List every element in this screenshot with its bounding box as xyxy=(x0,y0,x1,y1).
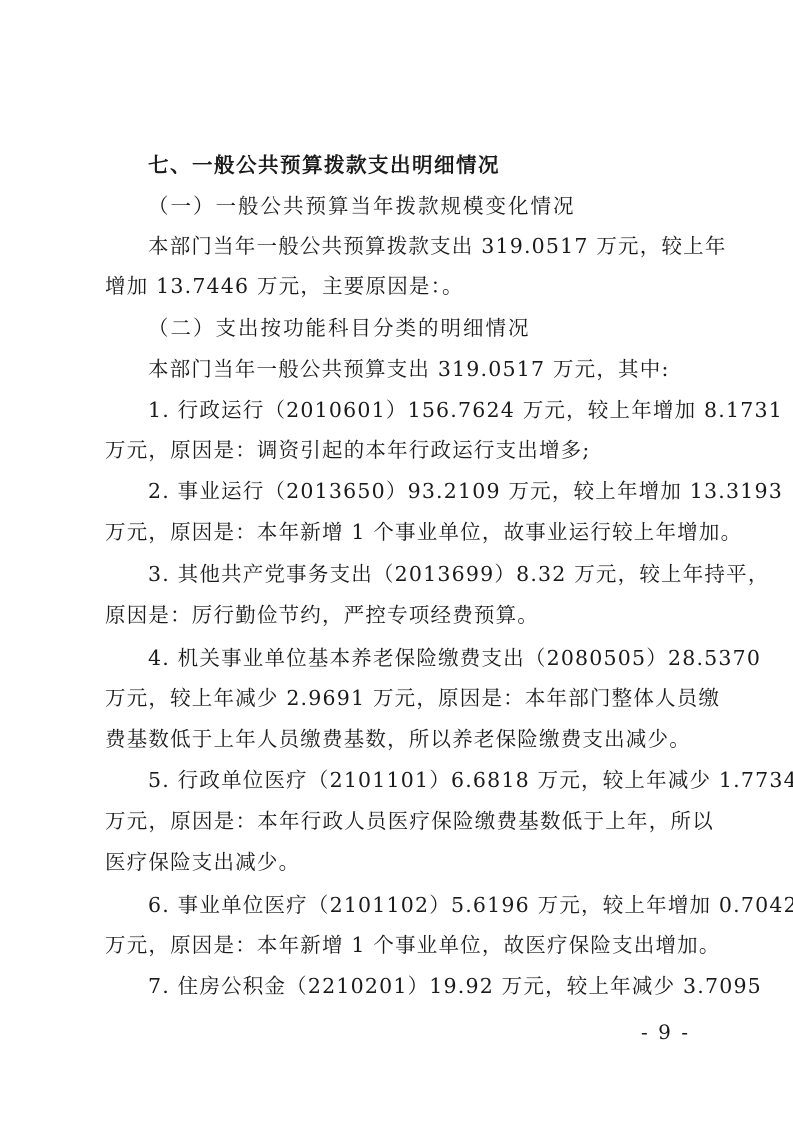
list-item-1-line: 1. 行政运行（2010601）156.7624 万元，较上年增加 8.1731 xyxy=(148,396,714,424)
list-item-5-line: 5. 行政单位医疗（2101101）6.6818 万元，较上年减少 1.7734 xyxy=(148,766,714,794)
list-item-4-line: 万元，较上年减少 2.9691 万元，原因是：本年部门整体人员缴 xyxy=(105,684,714,712)
list-item-5-line: 万元，原因是：本年行政人员医疗保险缴费基数低于上年，所以 xyxy=(105,807,714,835)
paragraph-line: 增加 13.7446 万元，主要原因是：。 xyxy=(105,272,464,300)
list-item-6-line: 万元，原因是：本年新增 1 个事业单位，故医疗保险支出增加。 xyxy=(105,931,714,959)
page-number: - 9 - xyxy=(641,1020,690,1044)
document-page: 七、一般公共预算拨款支出明细情况 （一）一般公共预算当年拨款规模变化情况 本部门… xyxy=(0,0,793,1122)
paragraph-line: 本部门当年一般公共预算拨款支出 319.0517 万元，较上年 xyxy=(148,232,714,260)
list-item-3-line: 原因是：厉行勤俭节约，严控专项经费预算。 xyxy=(105,601,539,629)
list-item-4-line: 费基数低于上年人员缴费基数，所以养老保险缴费支出减少。 xyxy=(105,725,691,753)
section-title: 七、一般公共预算拨款支出明细情况 xyxy=(148,151,500,179)
list-item-6-line: 6. 事业单位医疗（2101102）5.6196 万元，较上年增加 0.7042 xyxy=(148,891,714,919)
list-item-7-line: 7. 住房公积金（2210201）19.92 万元，较上年减少 3.7095 xyxy=(148,972,714,1000)
list-item-2-line: 2. 事业运行（2013650）93.2109 万元，较上年增加 13.3193 xyxy=(148,477,714,505)
list-item-3-line: 3. 其他共产党事务支出（2013699）8.32 万元，较上年持平， xyxy=(148,560,714,588)
subsection-2-title: （二）支出按功能科目分类的明细情况 xyxy=(148,314,531,342)
paragraph-line: 本部门当年一般公共预算支出 319.0517 万元，其中: xyxy=(148,355,670,383)
list-item-5-line: 医疗保险支出减少。 xyxy=(105,848,300,876)
list-item-4-line: 4. 机关事业单位基本养老保险缴费支出（2080505）28.5370 xyxy=(148,644,714,672)
list-item-1-line: 万元，原因是：调资引起的本年行政运行支出增多; xyxy=(105,436,591,464)
subsection-1-title: （一）一般公共预算当年拨款规模变化情况 xyxy=(148,192,576,220)
list-item-2-line: 万元，原因是：本年新增 1 个事业单位，故事业运行较上年增加。 xyxy=(105,518,714,546)
